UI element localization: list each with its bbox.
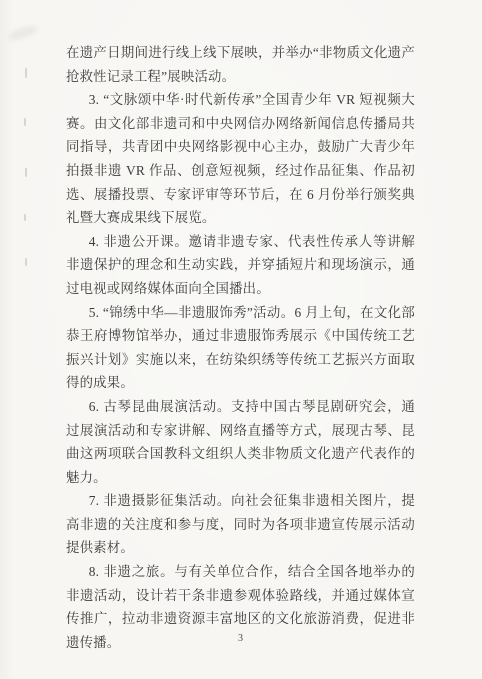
- scan-smudge: [7, 23, 39, 43]
- paragraph-item-6: 6. 古琴昆曲展演活动。支持中国古琴昆剧研究会，通过展演活动和专家讲解、网络直播…: [66, 395, 415, 489]
- paragraph-item-4: 4. 非遗公开课。邀请非遗专家、代表性传承人等讲解非遗保护的理念和生动实践，并穿…: [66, 230, 415, 301]
- paragraph-item-5: 5. “锦绣中华—非遗服饰秀”活动。6 月上旬，在文化部恭王府博物馆举办，通过非…: [66, 301, 415, 395]
- scan-artifact: [24, 214, 26, 221]
- scan-artifact: [24, 118, 26, 126]
- scan-artifact: [25, 258, 27, 266]
- scan-artifact: [25, 68, 27, 78]
- scan-artifact: [25, 168, 27, 177]
- page-number: 3: [0, 633, 482, 644]
- document-body: 在遗产日期间进行线上线下展映，并举办“非物质文化遗产抢救性记录工程”展映活动。 …: [66, 41, 415, 654]
- paragraph-item-3: 3. “文脉颂中华·时代新传承”全国青少年 VR 短视频大赛。由文化部非遗司和中…: [66, 88, 415, 230]
- paragraph-continuation: 在遗产日期间进行线上线下展映，并举办“非物质文化遗产抢救性记录工程”展映活动。: [66, 41, 415, 88]
- paragraph-item-7: 7. 非遗摄影征集活动。向社会征集非遗相关图片，提高非遗的关注度和参与度，同时为…: [66, 489, 415, 560]
- document-page: 在遗产日期间进行线上线下展映，并举办“非物质文化遗产抢救性记录工程”展映活动。 …: [0, 0, 482, 679]
